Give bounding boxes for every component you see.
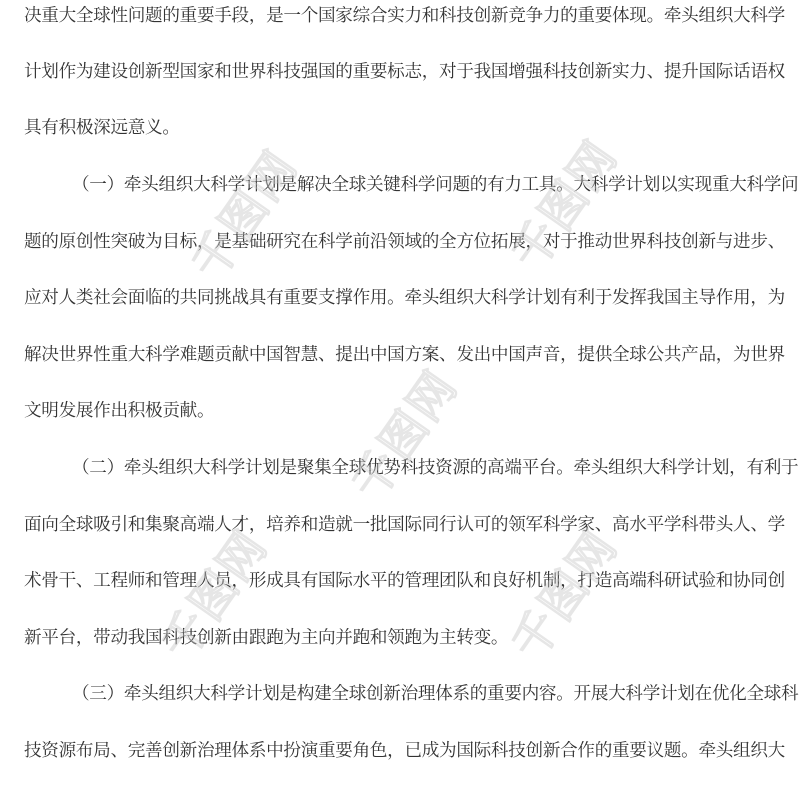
text-line: 题的原创性突破为目标，是基础研究在科学前沿领域的全方位拓展，对于推动世界科技创新… [24,228,776,256]
text-line: 解决世界性重大科学难题贡献中国智慧、提出中国方案、发出中国声音，提供全球公共产品… [24,341,776,369]
text-line: 计划作为建设创新型国家和世界科技强国的重要标志，对于我国增强科技创新实力、提升国… [24,58,776,86]
section-3-heading-line: （三）牵头组织大科学计划是构建全球创新治理体系的重要内容。开展大科学计划在优化全… [72,680,776,708]
section-2-heading-line: （二）牵头组织大科学计划是聚集全球优势科技资源的高端平台。牵头组织大科学计划，有… [72,454,776,482]
text-line: 术骨干、工程师和管理人员，形成具有国际水平的管理团队和良好机制，打造高端科研试验… [24,567,776,595]
document-body: 决重大全球性问题的重要手段，是一个国家综合实力和科技创新竞争力的重要体现。牵头组… [0,0,800,800]
text-line: 文明发展作出积极贡献。 [24,397,776,425]
text-line: 技资源布局、完善创新治理体系中扮演重要角色，已成为国际科技创新合作的重要议题。牵… [24,737,776,765]
text-line: 应对人类社会面临的共同挑战具有重要支撑作用。牵头组织大科学计划有利于发挥我国主导… [24,284,776,312]
text-line: 新平台，带动我国科技创新由跟跑为主向并跑和领跑为主转变。 [24,624,776,652]
text-line: 面向全球吸引和集聚高端人才，培养和造就一批国际同行认可的领军科学家、高水平学科带… [24,511,776,539]
text-line: 决重大全球性问题的重要手段，是一个国家综合实力和科技创新竞争力的重要体现。牵头组… [24,2,776,30]
text-line: 具有积极深远意义。 [24,114,776,142]
section-1-heading-line: （一）牵头组织大科学计划是解决全球关键科学问题的有力工具。大科学计划以实现重大科… [72,171,776,199]
